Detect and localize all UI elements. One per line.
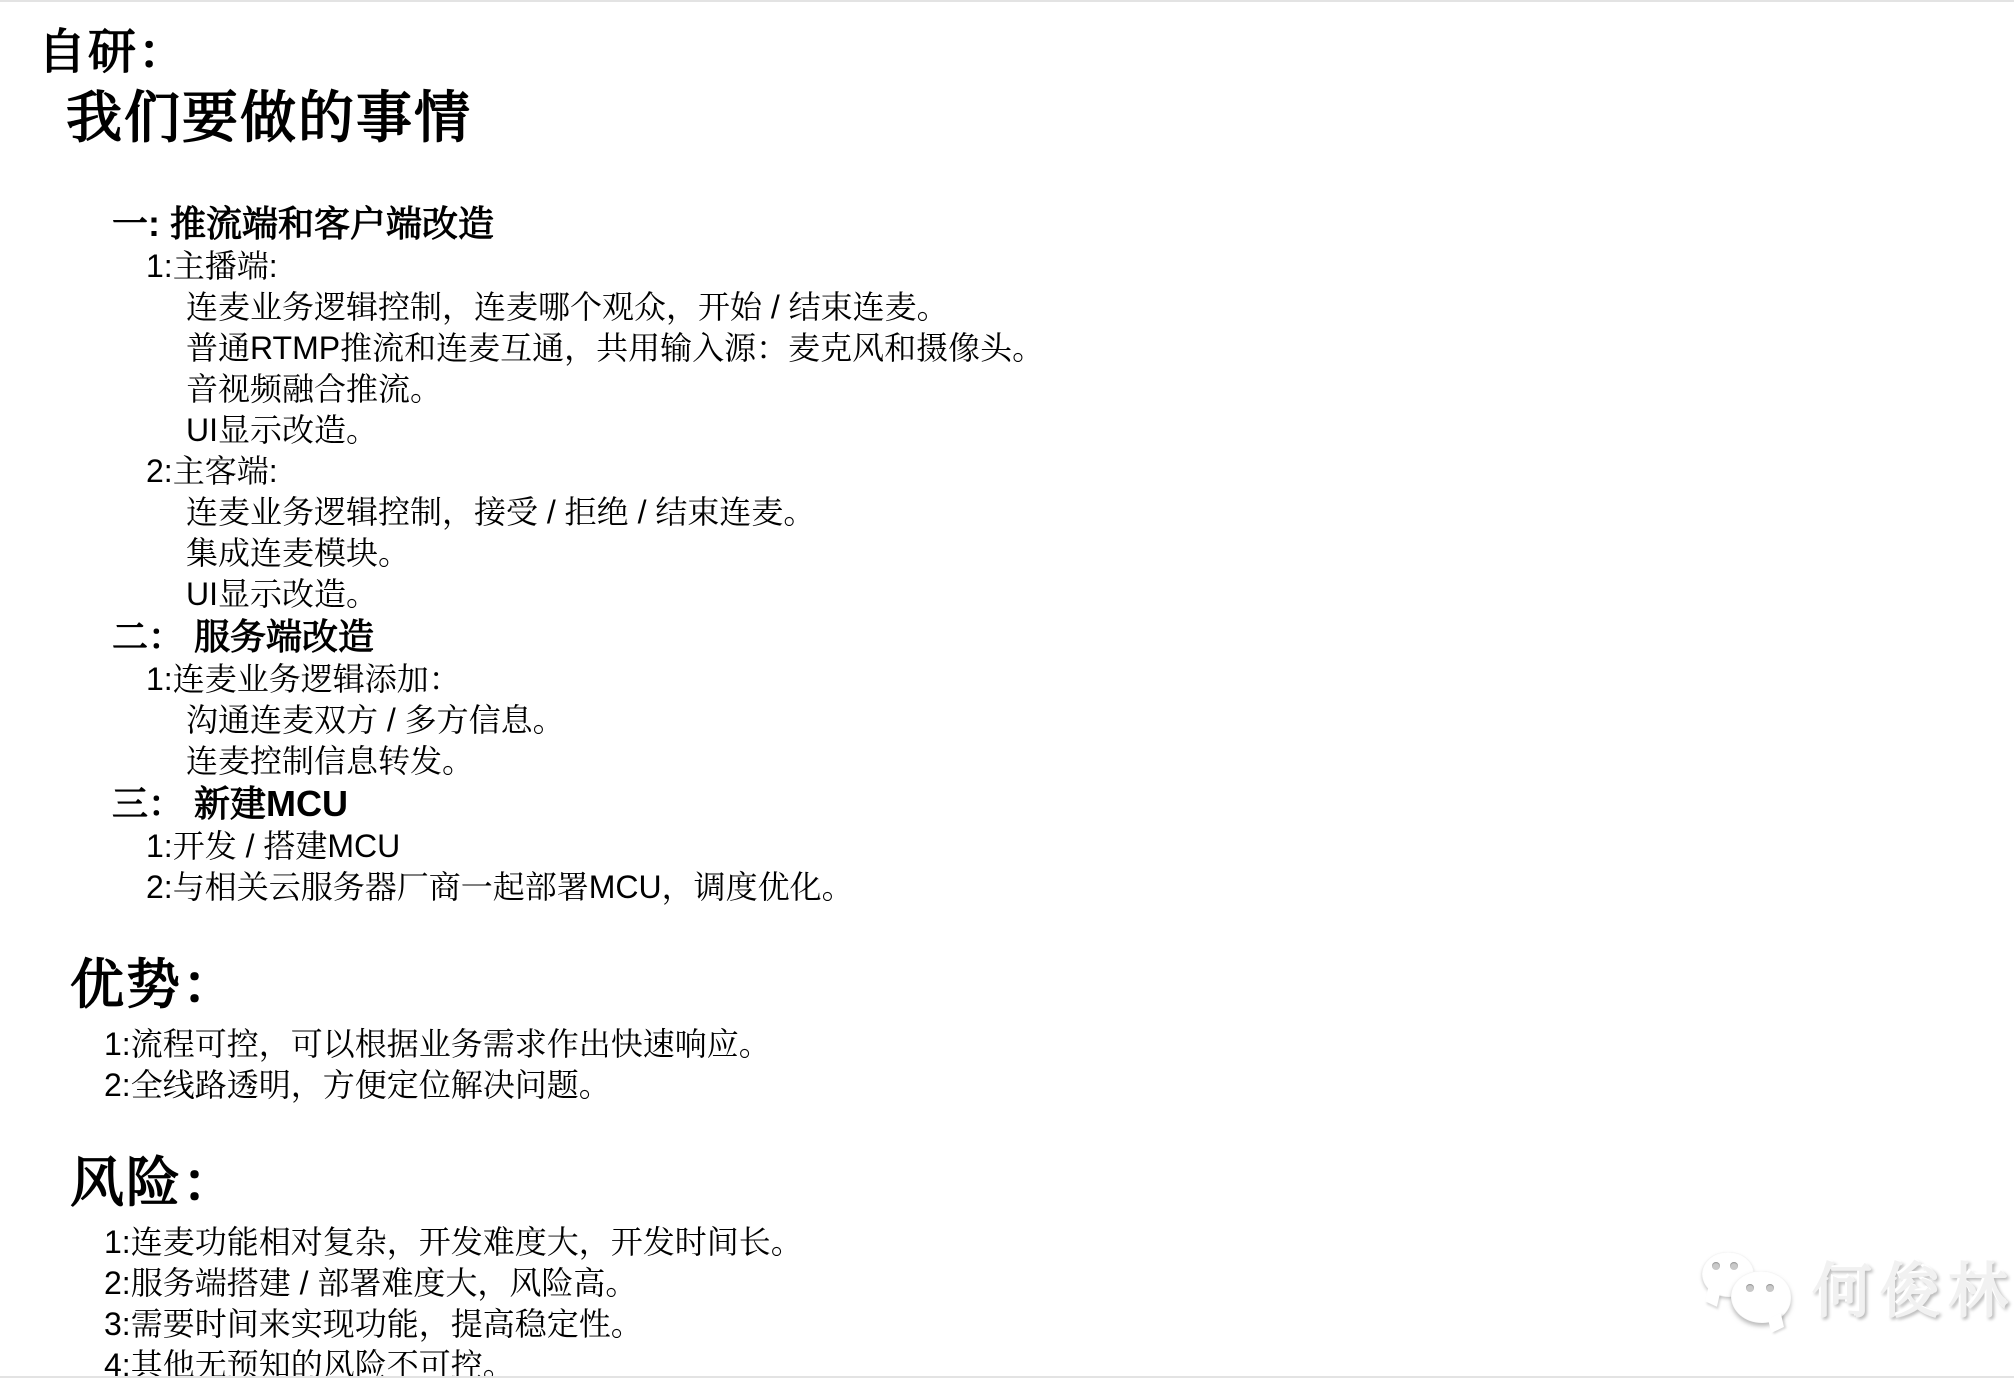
plan-item: 音视频融合推流。 bbox=[186, 369, 2014, 410]
advantages-heading: 优势： bbox=[70, 954, 2014, 1016]
plan-heading-1: 一: 推流端和客户端改造 bbox=[112, 202, 2014, 246]
advantage-item: 1:流程可控，可以根据业务需求作出快速响应。 bbox=[104, 1024, 2014, 1065]
advantage-item: 2:全线路透明，方便定位解决问题。 bbox=[104, 1065, 2014, 1106]
plan-item: 1:连麦业务逻辑添加： bbox=[146, 659, 2014, 700]
wechat-icon bbox=[1700, 1250, 1796, 1334]
plan-item: 2:与相关云服务器厂商一起部署MCU，调度优化。 bbox=[146, 867, 2014, 908]
page-title-line1: 自研： bbox=[38, 22, 2014, 84]
plan-heading-2: 二： 服务端改造 bbox=[112, 615, 2014, 659]
watermark: 何俊林 bbox=[1700, 1250, 2014, 1334]
plan-item: 连麦业务逻辑控制，连麦哪个观众，开始 / 结束连麦。 bbox=[186, 287, 2014, 328]
plan-item: 沟通连麦双方 / 多方信息。 bbox=[186, 700, 2014, 741]
plan-item: 1:开发 / 搭建MCU bbox=[146, 826, 2014, 867]
wechat-bubble-big bbox=[1731, 1271, 1791, 1323]
plan-item: 1:主播端: bbox=[146, 246, 2014, 287]
wechat-bubble-eye bbox=[1746, 1284, 1754, 1292]
plan-heading-3: 三： 新建MCU bbox=[112, 782, 2014, 826]
advantages-section: 优势： 1:流程可控，可以根据业务需求作出快速响应。 2:全线路透明，方便定位解… bbox=[0, 954, 2014, 1106]
plan-item: UI显示改造。 bbox=[186, 574, 2014, 615]
plan-item: 集成连麦模块。 bbox=[186, 533, 2014, 574]
plan-item: 连麦控制信息转发。 bbox=[186, 741, 2014, 782]
wechat-bubble-eye bbox=[1766, 1284, 1774, 1292]
plan-section: 一: 推流端和客户端改造 1:主播端: 连麦业务逻辑控制，连麦哪个观众，开始 /… bbox=[0, 202, 2014, 908]
page-title-line2: 我们要做的事情 bbox=[66, 84, 2014, 152]
watermark-author: 何俊林 bbox=[1812, 1250, 2014, 1334]
slide-page: 自研： 我们要做的事情 一: 推流端和客户端改造 1:主播端: 连麦业务逻辑控制… bbox=[0, 0, 2014, 1378]
wechat-bubble-eye bbox=[1730, 1262, 1738, 1270]
plan-item: UI显示改造。 bbox=[186, 410, 2014, 451]
plan-item: 2:主客端: bbox=[146, 451, 2014, 492]
risks-heading: 风险： bbox=[70, 1152, 2014, 1214]
title-block: 自研： 我们要做的事情 bbox=[0, 2, 2014, 152]
risk-item: 4:其他无预知的风险不可控。 bbox=[104, 1345, 2014, 1378]
plan-item: 连麦业务逻辑控制，接受 / 拒绝 / 结束连麦。 bbox=[186, 492, 2014, 533]
wechat-bubble-eye bbox=[1712, 1262, 1720, 1270]
plan-item: 普通RTMP推流和连麦互通，共用输入源：麦克风和摄像头。 bbox=[186, 328, 2014, 369]
